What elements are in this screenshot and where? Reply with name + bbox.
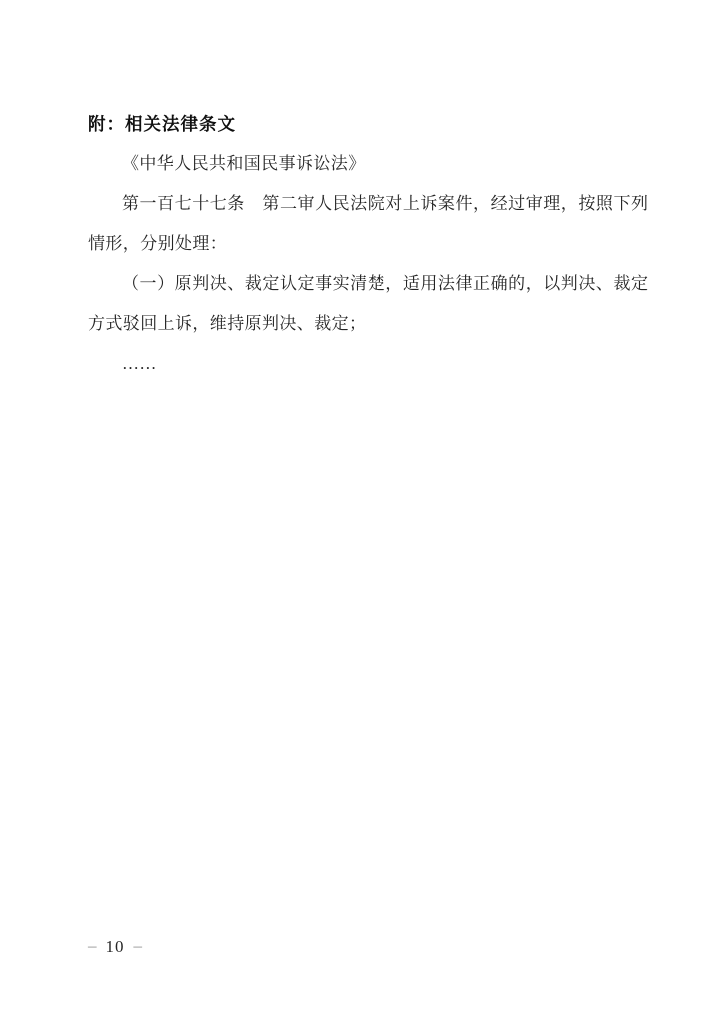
page-footer: – 10 – <box>88 936 142 958</box>
law-title-line: 《中华人民共和国民事诉讼法》 <box>88 144 648 184</box>
ellipsis-line: …… <box>88 344 648 384</box>
footer-left-dash: – <box>88 936 97 956</box>
appendix-heading: 附：相关法律条文 <box>88 104 648 144</box>
document-page: 附：相关法律条文 《中华人民共和国民事诉讼法》 第一百七十七条 第二审人民法院对… <box>0 0 724 1024</box>
article-177-line-1: 第一百七十七条 第二审人民法院对上诉案件，经过审理，按照下列 <box>88 184 648 224</box>
item-one-line-2: 方式驳回上诉，维持原判决、裁定； <box>88 304 648 344</box>
footer-right-dash: – <box>134 936 143 956</box>
page-number: 10 <box>106 937 125 957</box>
item-one-line-1: （一）原判决、裁定认定事实清楚，适用法律正确的，以判决、裁定 <box>88 264 648 304</box>
legal-text-block: 附：相关法律条文 《中华人民共和国民事诉讼法》 第一百七十七条 第二审人民法院对… <box>88 104 648 384</box>
article-177-line-2: 情形，分别处理： <box>88 224 648 264</box>
